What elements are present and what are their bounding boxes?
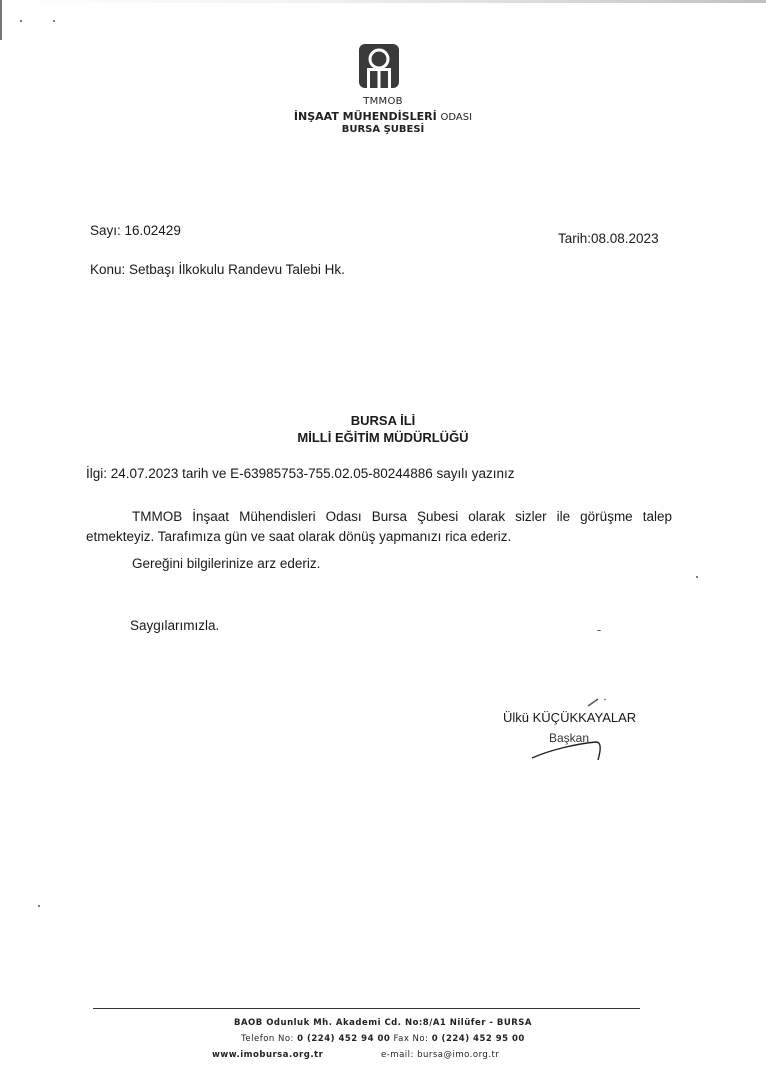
fax-label: Fax No: — [394, 1034, 429, 1044]
document-subject: Konu: Setbaşı İlkokulu Randevu Talebi Hk… — [90, 262, 345, 277]
scan-speck — [53, 20, 55, 22]
org-full-name: İNŞAAT MÜHENDİSLERİ ODASI — [0, 110, 766, 123]
org-name-bold: İNŞAAT MÜHENDİSLERİ — [294, 110, 437, 123]
body-paragraph-2: Gereğini bilgilerinize arz ederiz. — [86, 554, 672, 574]
scan-speck — [38, 905, 40, 907]
signature-scribble — [520, 690, 640, 770]
scan-edge-left — [0, 0, 2, 40]
footer-address: BAOB Odunluk Mh. Akademi Cd. No:8/A1 Nil… — [0, 1018, 766, 1028]
reference-line: İlgi: 24.07.2023 tarih ve E-63985753-755… — [86, 466, 515, 481]
document-number: Sayı: 16.02429 — [90, 223, 181, 238]
org-name-rest: ODASI — [441, 112, 473, 123]
org-short-name: TMMOB — [0, 96, 766, 107]
recipient-line-2: MİLLİ EĞİTİM MÜDÜRLÜĞÜ — [0, 430, 766, 445]
recipient-line-1: BURSA İLİ — [0, 413, 766, 428]
phone-label: Telefon No: — [241, 1034, 294, 1044]
closing-remark: Saygılarımızla. — [130, 618, 219, 633]
scan-speck — [20, 20, 22, 22]
scan-speck — [696, 576, 698, 578]
footer-divider — [93, 1008, 640, 1009]
email-link[interactable]: e-mail: bursa@imo.org.tr — [381, 1050, 499, 1060]
imo-logo-icon — [359, 44, 399, 88]
website-link[interactable]: www.imobursa.org.tr — [212, 1050, 323, 1060]
scan-speck — [597, 630, 601, 631]
document-date: Tarih:08.08.2023 — [558, 231, 659, 246]
fax-number: 0 (224) 452 95 00 — [432, 1034, 525, 1044]
footer-contact: Telefon No: 0 (224) 452 94 00 Fax No: 0 … — [0, 1034, 766, 1044]
phone-number: 0 (224) 452 94 00 — [297, 1034, 390, 1044]
org-branch: BURSA ŞUBESİ — [0, 124, 766, 135]
signer-name: Ülkü KÜÇÜKKAYALAR — [503, 710, 636, 725]
body-paragraph-1: TMMOB İnşaat Mühendisleri Odası Bursa Şu… — [86, 507, 672, 547]
signer-title: Başkan — [549, 731, 589, 745]
scan-edge — [0, 0, 766, 3]
